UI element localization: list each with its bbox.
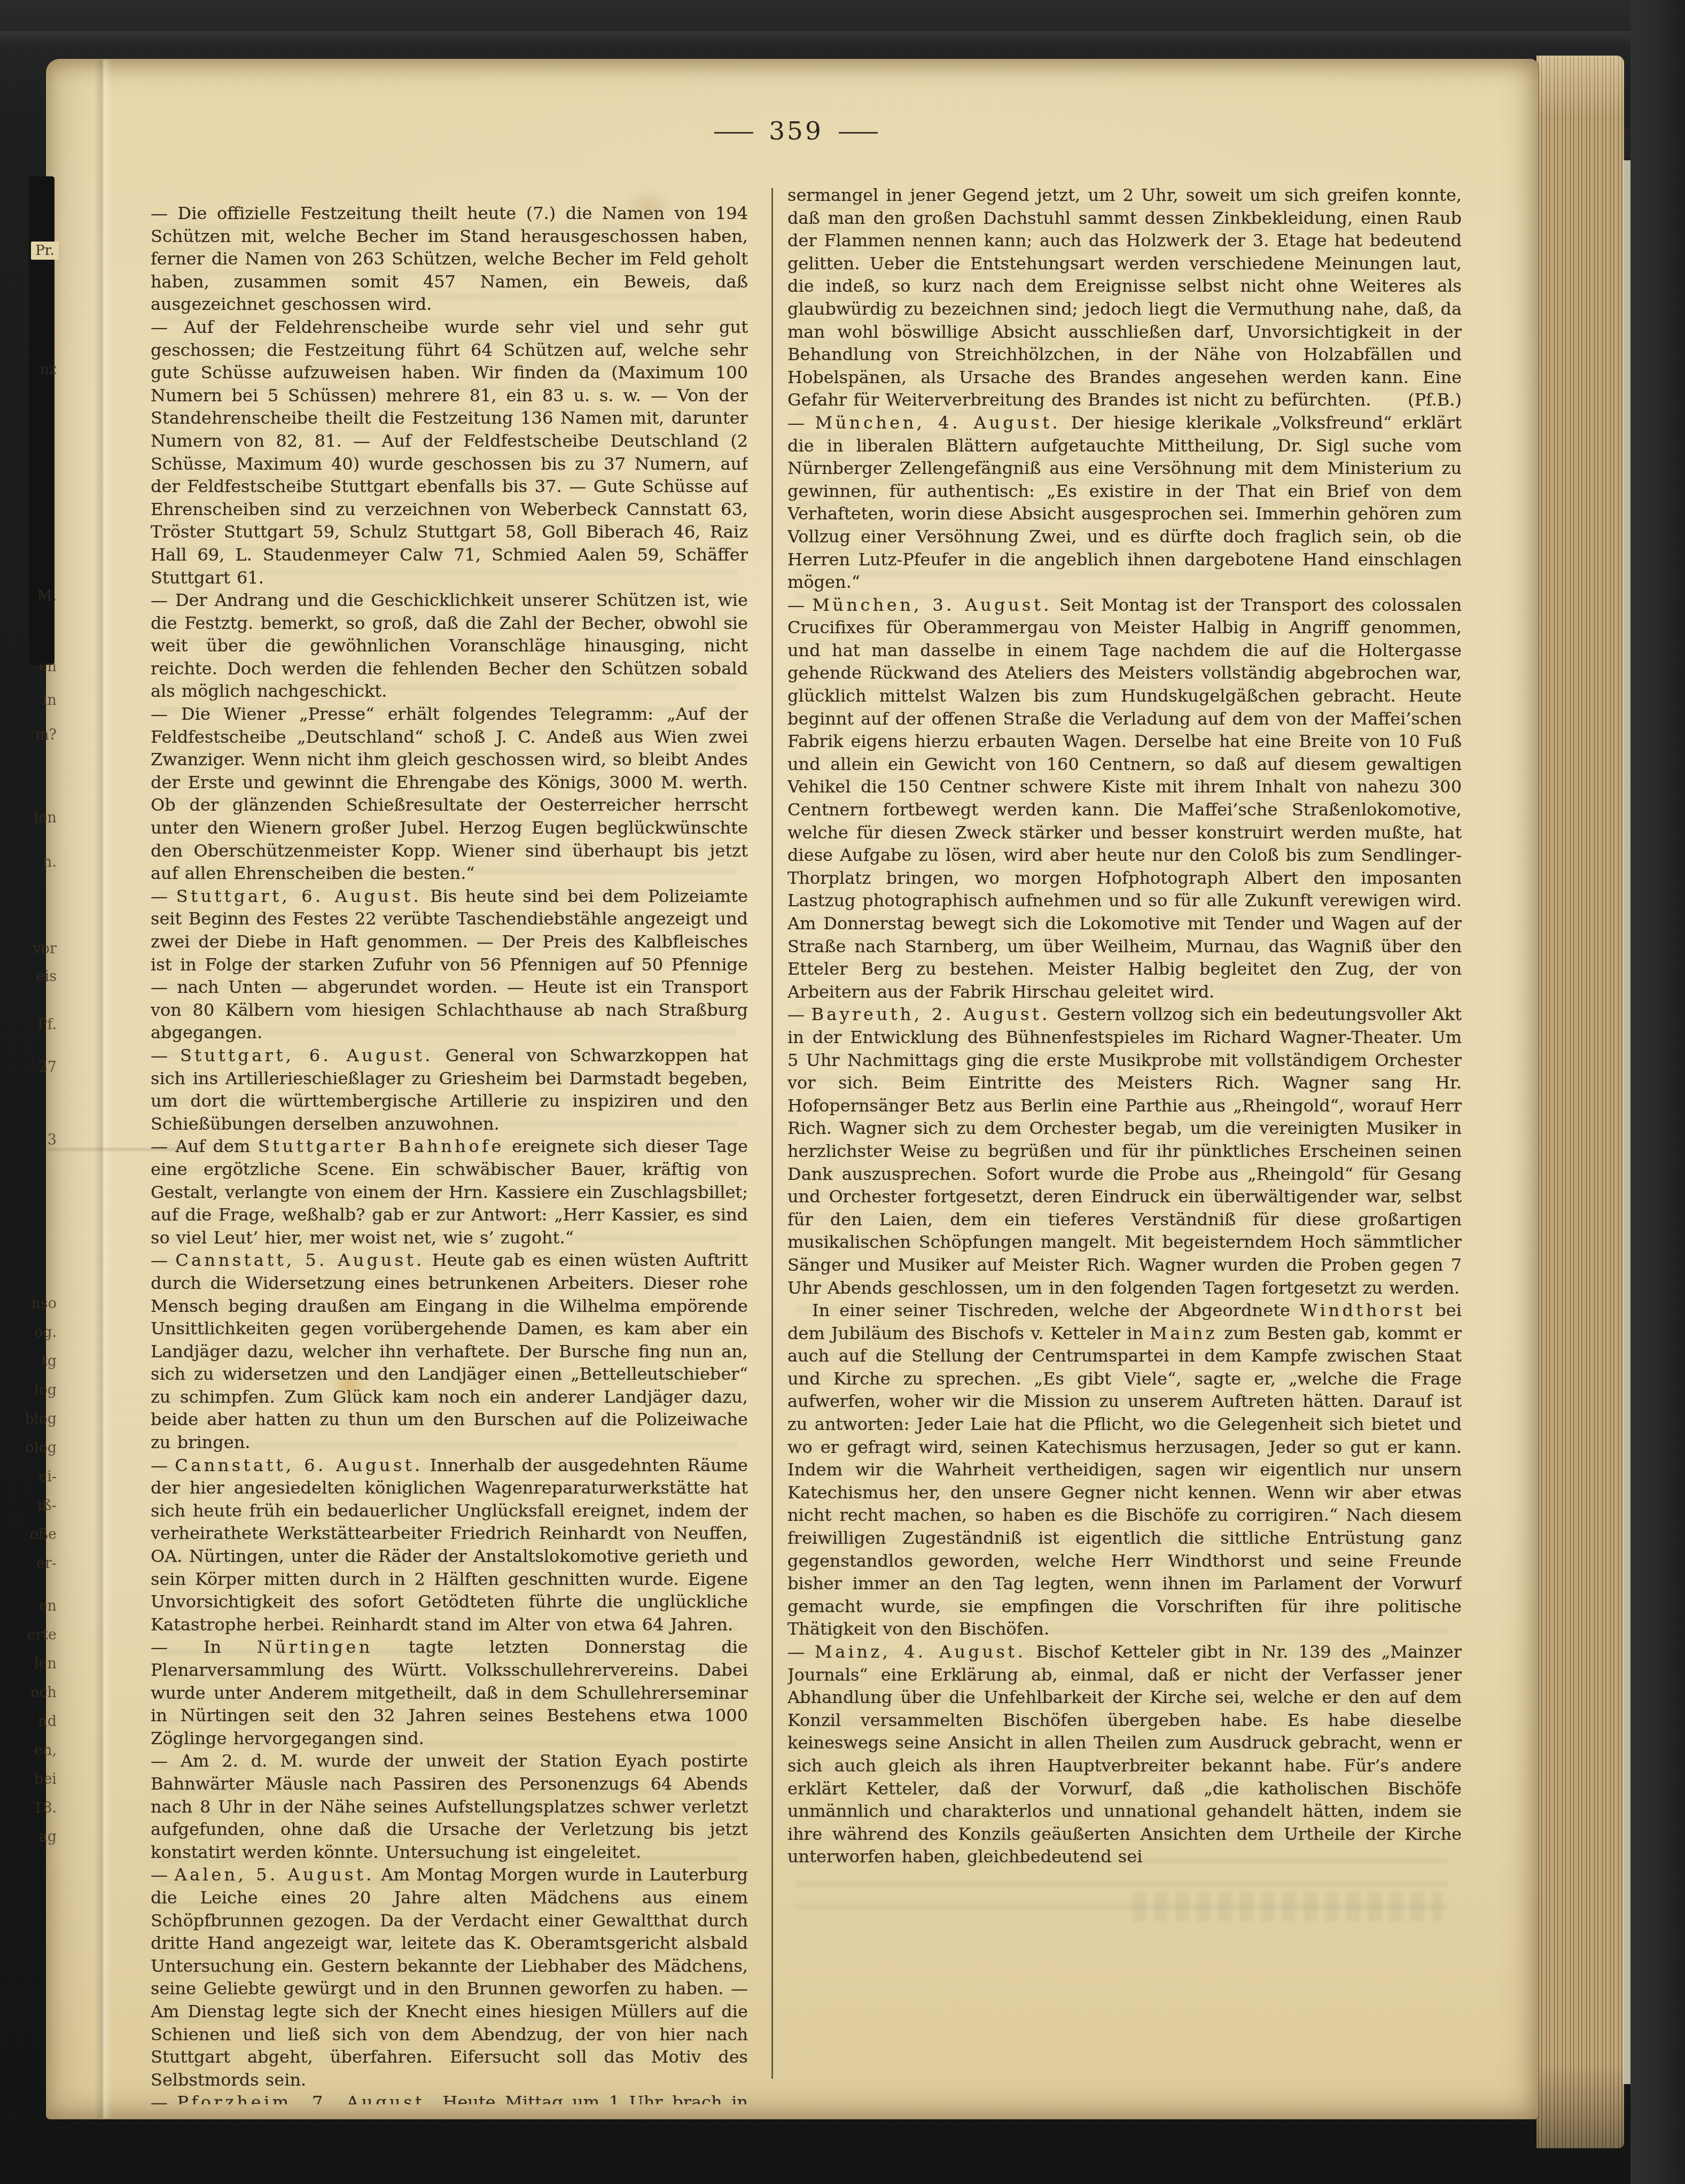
book-cover-right-edge (1631, 0, 1685, 2184)
dateline: Stuttgarter Bahnhofe (258, 1136, 504, 1156)
book-cover-ridge (0, 31, 1685, 49)
paragraph-text: Innerhalb der ausgedehnten Räume der hie… (151, 1455, 748, 1635)
paragraph-text: Gestern vollzog sich ein bedeutungsvolle… (787, 1004, 1462, 1297)
cutoff-text-fragment: len (10, 1656, 57, 1672)
news-paragraph: — Cannstatt, 5. August. Heute gab es ein… (151, 1249, 748, 1454)
paragraph-text: Seit Montag ist der Transport des coloss… (787, 595, 1462, 1002)
dateline: Cannstatt, 5. August. (175, 1250, 424, 1270)
paragraph-text: — (787, 1642, 815, 1662)
news-paragraph: — Mainz, 4. August. Bischof Ketteler gib… (787, 1641, 1462, 1868)
paragraph-text: — (787, 1004, 811, 1024)
news-paragraph: — Auf der Feldehrenscheibe wurde sehr vi… (151, 316, 748, 589)
page-stack-fore-edge (1536, 56, 1624, 2148)
cutoff-text-fragment: iß- (10, 1497, 57, 1514)
paragraph-text: Heute gab es einen wüsten Auftritt durch… (151, 1250, 748, 1452)
cutoff-text-fragment: M. (10, 588, 57, 604)
news-paragraph: — Aalen, 5. August. Am Montag Morgen wur… (151, 1863, 748, 2091)
news-paragraph: — In Nürtingen tagte letzten Donnerstag … (151, 1636, 748, 1750)
scanned-newspaper-page: nzM.eninm?lenn.voreisPf.273nsoog.tglogbl… (0, 0, 1685, 2184)
cutoff-text-fragment: eis (10, 968, 57, 985)
paragraph-text: — Auf der Feldehrenscheibe wurde sehr vi… (151, 317, 748, 588)
cutoff-text-fragment: vor (10, 941, 57, 957)
dateline: Bayreuth, 2. August. (811, 1004, 1050, 1024)
cutoff-text-fragment: en (10, 1598, 57, 1614)
cutoff-text-fragment: ei- (10, 1468, 57, 1485)
cutoff-text-fragment: len (10, 810, 57, 826)
cutoff-text-fragment: blog (10, 1411, 57, 1427)
news-paragraph: sermangel in jener Gegend jetzt, um 2 Uh… (787, 184, 1462, 411)
cutoff-text-fragment: tg (10, 1353, 57, 1370)
paragraph-text: — (151, 1864, 174, 1885)
news-paragraph: — Bayreuth, 2. August. Gestern vollzog s… (787, 1003, 1462, 1299)
paper-stain (331, 1371, 366, 1399)
cutoff-text-fragment: er- (10, 1555, 57, 1572)
cutoff-text-fragment: Pr. (31, 242, 59, 260)
dateline: Stuttgart, 6. August. (180, 1045, 433, 1066)
page-fold-crease (94, 60, 112, 2118)
cutoff-text-fragment: 18. (10, 1800, 57, 1816)
cutoff-text-fragment: Pf. (10, 1016, 57, 1033)
news-paragraph: — Cannstatt, 6. August. Innerhalb der au… (151, 1454, 748, 1636)
paragraph-text: — In (151, 1637, 257, 1657)
cutoff-text-fragment: och (10, 1684, 57, 1701)
cutoff-text-fragment: olog (10, 1440, 57, 1456)
paragraph-text: sermangel in jener Gegend jetzt, um 2 Uh… (787, 185, 1462, 410)
paragraph-text: — (151, 2092, 177, 2104)
cutoff-text-fragment: nd (10, 1713, 57, 1730)
dateline: München, 3. August. (812, 595, 1052, 615)
paragraph-text: Am Montag Morgen wurde in Lauterburg die… (151, 1864, 748, 2089)
paragraph-text: — (787, 413, 815, 433)
header-dash-right: — (837, 116, 879, 146)
dateline: Pforzheim, 7. August. (177, 2092, 433, 2104)
dateline: Windthorst (1300, 1300, 1425, 1320)
paragraph-text: Der hiesige klerikale „Volksfreund“ erkl… (787, 413, 1462, 592)
news-paragraph: — Am 2. d. M. wurde der unweit der Stati… (151, 1750, 748, 1863)
news-paragraph: In einer seiner Tischreden, welche der A… (787, 1299, 1462, 1641)
paragraph-text: Bischof Ketteler gibt in Nr. 139 des „Ma… (787, 1642, 1462, 1867)
dateline: Mainz (1150, 1323, 1218, 1343)
paragraph-text: — Die Wiener „Presse“ erhält folgendes T… (151, 704, 748, 883)
paragraph-text: — Der Andrang und die Geschicklichkeit u… (151, 590, 748, 701)
cutoff-text-fragment: nz (10, 361, 57, 378)
dateline: Cannstatt, 6. August. (175, 1455, 423, 1475)
dateline: Mainz, 4. August. (815, 1642, 1026, 1662)
text-column-left: — Die offizielle Festzeitung theilt heut… (151, 202, 748, 2104)
news-paragraph: — Auf dem Stuttgarter Bahnhofe ereignete… (151, 1135, 748, 1249)
news-paragraph: — Pforzheim, 7. August. Heute Mittag um … (151, 2091, 748, 2104)
dateline: Stuttgart, 6. August. (176, 886, 422, 906)
news-paragraph: — Die Wiener „Presse“ erhält folgendes T… (151, 703, 748, 885)
cutoff-text-fragment: 3 (10, 1132, 57, 1148)
paragraph-text: zum Besten gab, kommt er auch auf die St… (787, 1323, 1462, 1639)
paragraph-text: — (151, 886, 176, 906)
paragraph-text: In einer seiner Tischreden, welche der A… (812, 1300, 1300, 1320)
cutoff-text-fragment: og. (10, 1324, 57, 1341)
paragraph-text: Bis heute sind bei dem Polizeiamte seit … (151, 886, 748, 1043)
cutoff-text-fragment: 27 (10, 1059, 57, 1076)
header-dash-left: — (713, 116, 755, 146)
dateline: Nürtingen (257, 1637, 373, 1657)
cutoff-text-fragment: nso (10, 1295, 57, 1312)
paragraph-text: — (151, 1250, 175, 1270)
cutoff-text-fragment: erte (10, 1627, 57, 1643)
news-paragraph: — Stuttgart, 6. August. Bis heute sind b… (151, 885, 748, 1044)
paper-stain (624, 190, 672, 222)
text-column-right: sermangel in jener Gegend jetzt, um 2 Uh… (787, 184, 1462, 2097)
cutoff-text-fragment: en, (10, 1742, 57, 1759)
cutoff-text-fragment: m? (10, 727, 57, 743)
paper-stain (1330, 647, 1359, 670)
paragraph-text: — (151, 1045, 180, 1066)
cutoff-text-fragment: bei (10, 1771, 57, 1787)
cutoff-text-fragment: log (10, 1382, 57, 1398)
cutoff-text-fragment: ag (10, 1829, 57, 1845)
paragraph-text: — (787, 595, 812, 615)
column-rule (771, 188, 773, 2079)
cutoff-text-fragment: oße (10, 1526, 57, 1543)
dateline: München, 4. August. (815, 413, 1061, 433)
paragraph-text: — Am 2. d. M. wurde der unweit der Stati… (151, 1751, 748, 1862)
page-number: 359 (769, 116, 823, 146)
paragraph-text: — (151, 1455, 175, 1475)
news-paragraph: — Stuttgart, 6. August. General von Schw… (151, 1044, 748, 1135)
page-header: —359— (620, 116, 972, 146)
news-paragraph: — München, 3. August. Seit Montag ist de… (787, 594, 1462, 1004)
dateline: Aalen, 5. August. (174, 1864, 374, 1885)
source-credit: (Pf.B.) (1408, 388, 1462, 411)
cutoff-text-fragment: en (10, 658, 57, 675)
news-paragraph: — München, 4. August. Der hiesige klerik… (787, 411, 1462, 594)
news-paragraph: — Der Andrang und die Geschicklichkeit u… (151, 589, 748, 703)
paragraph-text: — Auf dem (151, 1136, 258, 1156)
cutoff-text-fragment: in (10, 692, 57, 709)
cutoff-text-fragment: n. (10, 854, 57, 871)
